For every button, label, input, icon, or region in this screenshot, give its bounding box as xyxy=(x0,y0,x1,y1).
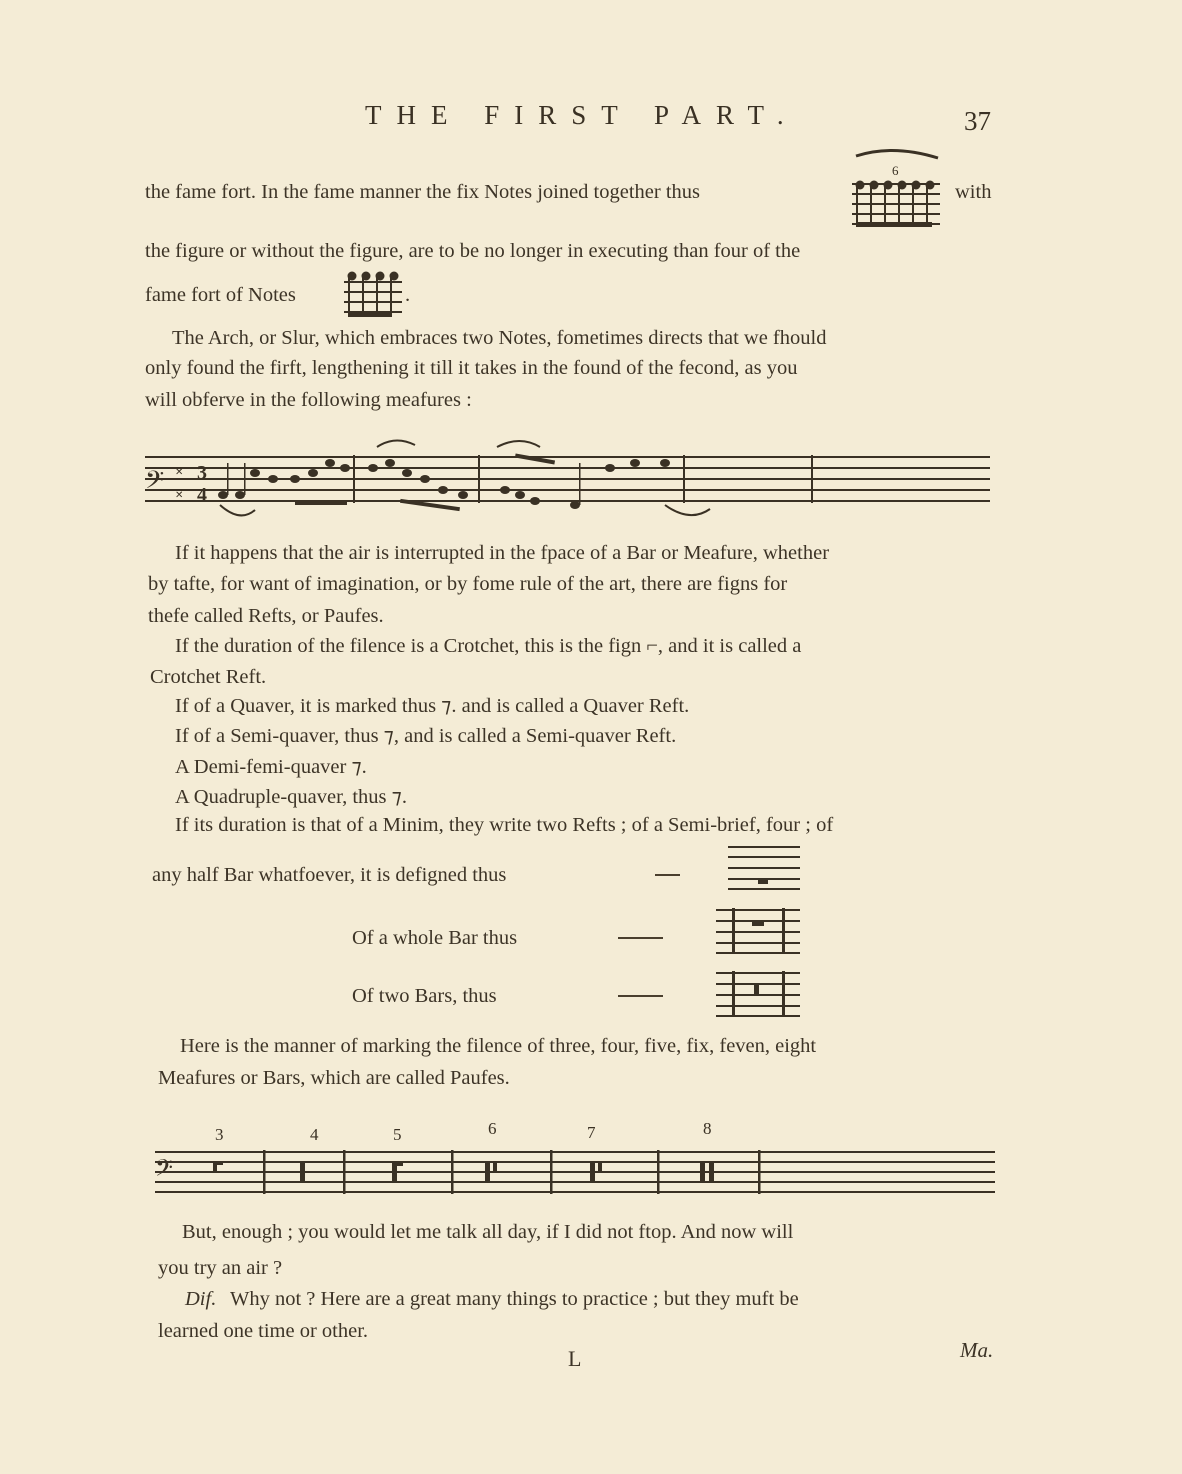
text-line: Of a whole Bar thus xyxy=(352,928,517,949)
text-line: will obferve in the following meafures : xyxy=(145,390,472,411)
half-bar-rest-figure xyxy=(720,843,810,893)
text-line: Crotchet Reft. xyxy=(150,667,266,688)
text-line: you try an air ? xyxy=(158,1258,282,1279)
catchword: Ma. xyxy=(960,1340,993,1361)
text-line: learned one time or other. xyxy=(158,1321,368,1342)
svg-text:8: 8 xyxy=(703,1119,712,1138)
running-head: THE FIRST PART. xyxy=(365,100,799,131)
svg-text:4: 4 xyxy=(197,484,207,506)
text-line: Meafures or Bars, which are called Paufe… xyxy=(158,1068,510,1089)
text-line: A Quadruple-quaver, thus ⁊. xyxy=(175,787,407,808)
text-line: the figure or without the figure, are to… xyxy=(145,241,800,262)
text-line: thefe called Refts, or Paufes. xyxy=(148,606,384,627)
speaker-label: Dif. xyxy=(185,1289,216,1310)
text-line: Of two Bars, thus xyxy=(352,986,497,1007)
text-line: If of a Semi-quaver, thus ⁊, and is call… xyxy=(175,726,676,747)
text-line: But, enough ; you would let me talk all … xyxy=(182,1222,793,1243)
svg-text:7: 7 xyxy=(587,1123,596,1142)
dash-rule xyxy=(618,937,663,939)
svg-text:3: 3 xyxy=(215,1125,224,1144)
page-number: 37 xyxy=(964,106,991,137)
svg-text:✕: ✕ xyxy=(175,490,183,501)
sextuplet-notes-figure: 6 xyxy=(848,148,943,228)
svg-text:𝄢: 𝄢 xyxy=(155,1154,173,1187)
four-notes-figure xyxy=(342,270,407,320)
signature-mark: L xyxy=(568,1348,581,1370)
svg-text:6: 6 xyxy=(488,1119,497,1138)
text-line: If its duration is that of a Minim, they… xyxy=(175,815,833,836)
text-line: any half Bar whatfoever, it is defigned … xyxy=(152,865,506,886)
music-example-slurs: 𝄢 ✕ ✕ 3 4 xyxy=(145,435,995,525)
svg-text:4: 4 xyxy=(310,1125,319,1144)
book-page: THE FIRST PART. 37 the fame fort. In the… xyxy=(0,0,1182,1474)
text-line: If the duration of the filence is a Crot… xyxy=(175,636,801,657)
dash-rule xyxy=(655,874,680,876)
text-line: with xyxy=(955,182,991,203)
text-line: Why not ? Here are a great many things t… xyxy=(230,1289,799,1310)
text-line: only found the firft, lengthening it til… xyxy=(145,358,797,379)
text-line: by tafte, for want of imagination, or by… xyxy=(148,574,787,595)
text-line: Here is the manner of marking the filenc… xyxy=(180,1036,816,1057)
svg-text:3: 3 xyxy=(197,462,207,484)
text-line: The Arch, or Slur, which embraces two No… xyxy=(172,328,826,349)
text-line: If of a Quaver, it is marked thus ⁊. and… xyxy=(175,696,689,717)
sextuplet-number: 6 xyxy=(892,163,899,178)
text-line: fame fort of Notes xyxy=(145,285,296,306)
whole-bar-rest-figure xyxy=(712,905,807,955)
two-bars-rest-figure xyxy=(712,968,807,1018)
svg-text:𝄢: 𝄢 xyxy=(145,466,164,501)
svg-text:✕: ✕ xyxy=(175,467,183,478)
text-line: A Demi-femi-quaver ⁊. xyxy=(175,757,367,778)
dash-rule xyxy=(618,995,663,997)
text-line: . xyxy=(405,285,410,306)
text-line: the fame fort. In the fame manner the fi… xyxy=(145,182,700,203)
svg-text:5: 5 xyxy=(393,1125,402,1144)
music-example-pauses: 3 4 5 6 7 8 𝄢 xyxy=(155,1118,1000,1198)
text-line: If it happens that the air is interrupte… xyxy=(175,543,829,564)
